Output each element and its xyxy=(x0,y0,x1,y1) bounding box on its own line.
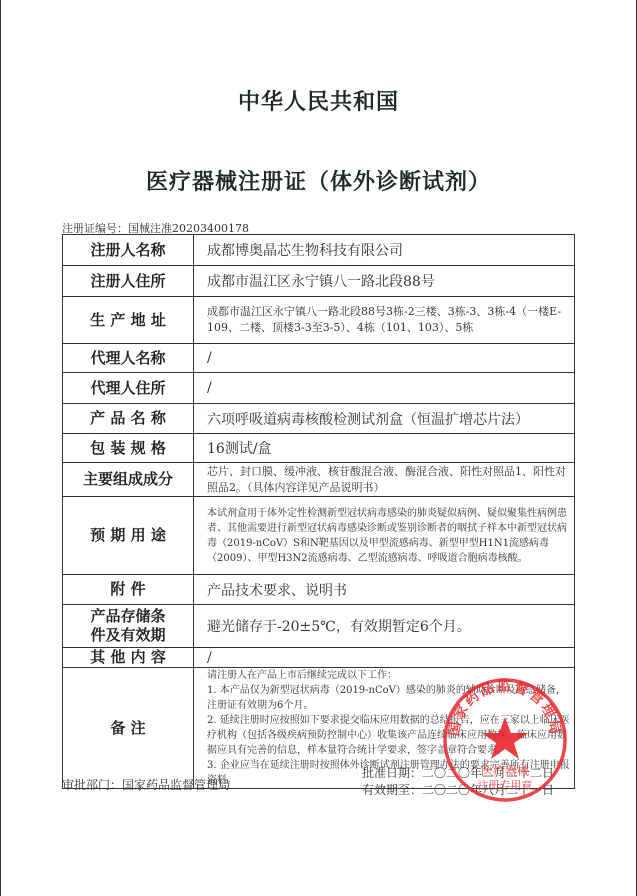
value-agent-address: / xyxy=(194,373,575,404)
value-product-name: 六项呼吸道病毒核酸检测试剂盒（恒温扩增芯片法） xyxy=(194,404,575,434)
table-row: 附 件 产品技术要求、说明书 xyxy=(63,575,575,605)
table-row: 预 期 用 途 本试剂盒用于体外定性检测新型冠状病毒感染的肺炎疑似病例、疑似聚集… xyxy=(63,497,575,575)
approval-date-value: 二〇二〇年二月二十二日 xyxy=(422,766,554,780)
approval-date: 批准日期：二〇二〇年二月二十二日 xyxy=(362,765,554,782)
remark-intro: 请注册人在产品上市后继续完成以下工作： xyxy=(207,668,572,683)
table-row: 主要组成成分 芯片、封口膜、缓冲液、核苷酸混合液、酶混合液、阳性对照品1、阳性对… xyxy=(63,463,575,497)
value-storage-validity: 避光储存于-20±5℃，有效期暂定6个月。 xyxy=(194,605,575,648)
table-row: 产品存储条 件及有效期 避光储存于-20±5℃，有效期暂定6个月。 xyxy=(63,605,575,648)
label-agent-address: 代理人住所 xyxy=(63,373,194,404)
value-package-spec: 16测试/盒 xyxy=(194,434,575,463)
approval-date-label: 批准日期： xyxy=(362,766,422,780)
table-row: 代理人名称 / xyxy=(63,344,575,373)
value-registrant-address: 成都市温江区永宁镇八一路北段88号 xyxy=(194,266,575,297)
expiry-date-label: 有效期至： xyxy=(362,783,422,797)
remark-item-1: 1. 本产品仅为新型冠状病毒（2019-nCoV）感染的肺炎的辅助诊断及应急储备… xyxy=(207,683,572,713)
country-title: 中华人民共和国 xyxy=(0,85,637,116)
dept-value: 国家药品监督管理局 xyxy=(122,778,230,792)
label-intended-use: 预 期 用 途 xyxy=(63,497,194,575)
table-row: 其 他 内 容 / xyxy=(63,648,575,668)
label-other-content: 其 他 内 容 xyxy=(63,648,194,668)
label-package-spec: 包 装 规 格 xyxy=(63,434,194,463)
label-registrant-address: 注册人住所 xyxy=(63,266,194,297)
value-intended-use: 本试剂盒用于体外定性检测新型冠状病毒感染的肺炎疑似病例、疑似聚集性病例患者、其他… xyxy=(194,497,575,575)
label-main-components: 主要组成成分 xyxy=(63,463,194,497)
label-storage-line2: 件及有效期 xyxy=(63,626,193,645)
value-main-components: 芯片、封口膜、缓冲液、核苷酸混合液、酶混合液、阳性对照品1、阳性对照品2。（具体… xyxy=(194,463,575,497)
approval-department: 审批部门：国家药品监督管理局 xyxy=(62,776,230,793)
value-agent-name: / xyxy=(194,344,575,373)
expiry-date: 有效期至：二〇二〇年八月二十一日 xyxy=(362,782,554,799)
label-remarks: 备 注 xyxy=(63,668,194,789)
label-agent-name: 代理人名称 xyxy=(63,344,194,373)
table-row: 代理人住所 / xyxy=(63,373,575,404)
table-row: 产 品 名 称 六项呼吸道病毒核酸检测试剂盒（恒温扩增芯片法） xyxy=(63,404,575,434)
value-attachments: 产品技术要求、说明书 xyxy=(194,575,575,605)
value-production-address: 成都市温江区永宁镇八一路北段88号3栋-2三楼、3栋-3、3栋-4（一楼E-10… xyxy=(194,297,575,344)
table-row: 注册人名称 成都博奥晶芯生物科技有限公司 xyxy=(63,235,575,266)
value-other-content: / xyxy=(194,648,575,668)
label-storage-validity: 产品存储条 件及有效期 xyxy=(63,605,194,648)
label-registrant-name: 注册人名称 xyxy=(63,235,194,266)
dept-label: 审批部门： xyxy=(62,778,122,792)
approval-dates: 批准日期：二〇二〇年二月二十二日 有效期至：二〇二〇年八月二十一日 xyxy=(362,765,554,799)
table-row: 注册人住所 成都市温江区永宁镇八一路北段88号 xyxy=(63,266,575,297)
expiry-date-value: 二〇二〇年八月二十一日 xyxy=(422,783,554,797)
value-registrant-name: 成都博奥晶芯生物科技有限公司 xyxy=(194,235,575,266)
table-row: 包 装 规 格 16测试/盒 xyxy=(63,434,575,463)
remark-item-2: 2. 延续注册时应按照如下要求提交临床应用数据的总结报告，应在三家以上临床医疗机… xyxy=(207,713,572,758)
certificate-table: 注册人名称 成都博奥晶芯生物科技有限公司 注册人住所 成都市温江区永宁镇八一路北… xyxy=(62,234,575,789)
document-title: 医疗器械注册证（体外诊断试剂） xyxy=(0,165,637,196)
label-production-address: 生 产 地 址 xyxy=(63,297,194,344)
label-storage-line1: 产品存储条 xyxy=(63,607,193,626)
label-product-name: 产 品 名 称 xyxy=(63,404,194,434)
table-row: 生 产 地 址 成都市温江区永宁镇八一路北段88号3栋-2三楼、3栋-3、3栋-… xyxy=(63,297,575,344)
label-attachments: 附 件 xyxy=(63,575,194,605)
